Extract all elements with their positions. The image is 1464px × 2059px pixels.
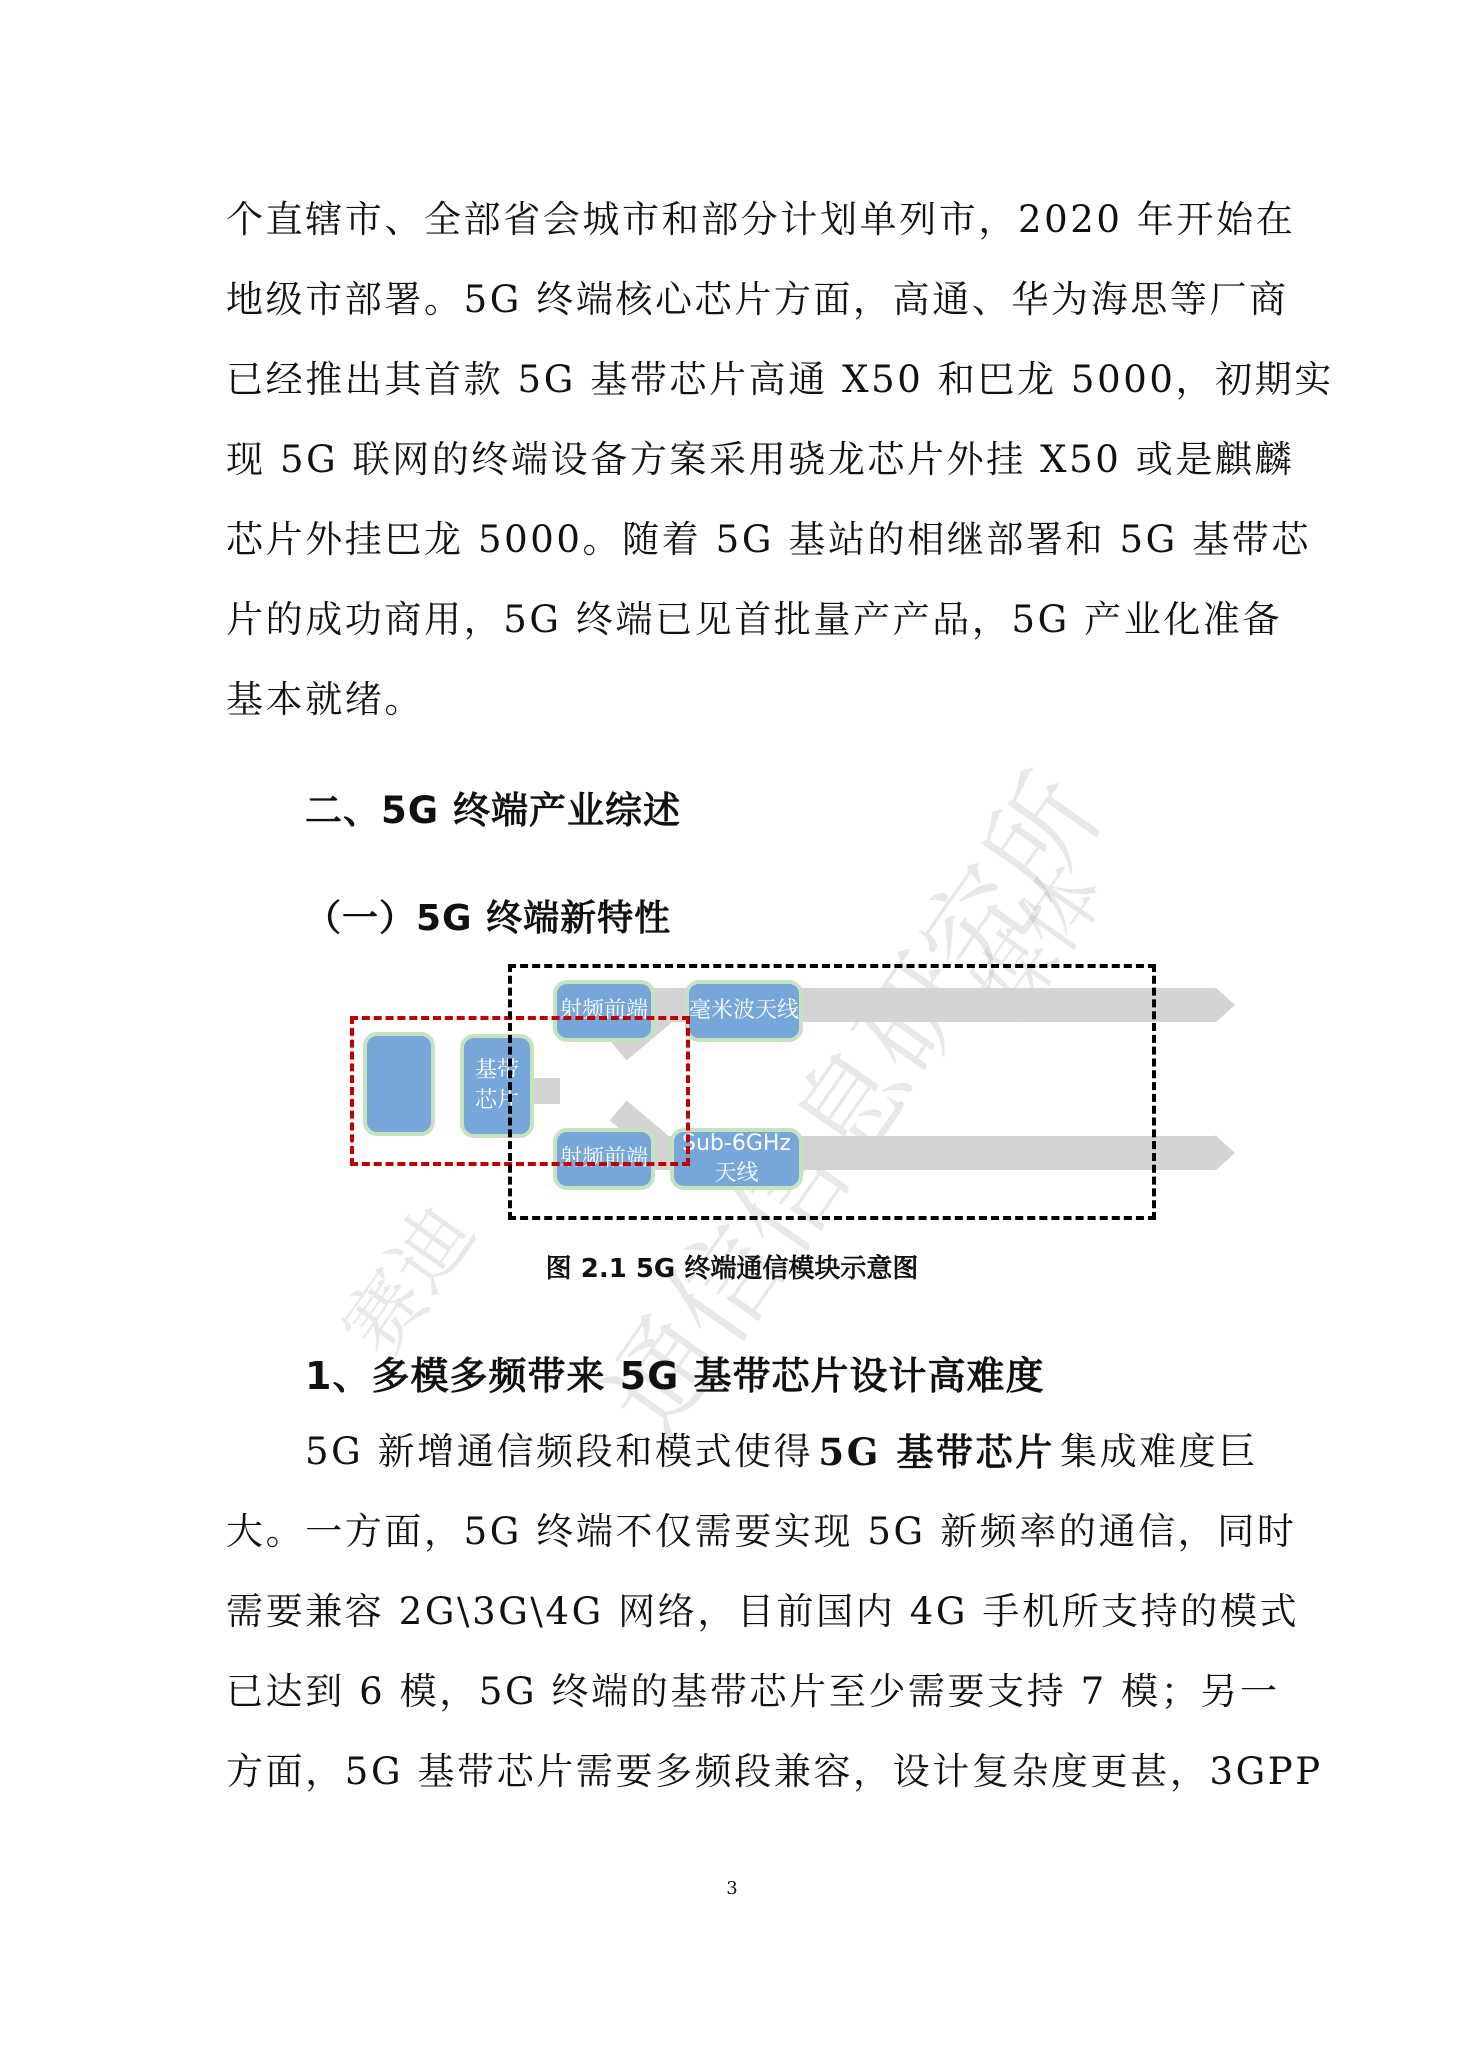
text-line: 已经推出其首款 5G 基带芯片高通 X50 和巴龙 5000，初期实 [226,350,1258,410]
text-line: 片的成功商用，5G 终端已见首批量产产品，5G 产业化准备 [226,590,1258,650]
page-number: 3 [0,1878,1464,1899]
text-line: 基本就绪。 [226,670,1258,730]
text-run-bold: 5G 基带芯片 [818,1422,1054,1482]
text-line: 现 5G 联网的终端设备方案采用骁龙芯片外挂 X50 或是麒麟 [226,430,1258,490]
text-line: 已达到 6 模，5G 终端的基带芯片至少需要支持 7 模；另一 [226,1662,1258,1722]
arrow-right-icon [1215,1135,1235,1171]
text-run: 5G 新增通信频段和模式使得 [305,1422,813,1482]
subsection-heading: 1、多模多频带来 5G 基带芯片设计高难度 [305,1345,1045,1400]
text-line: 方面，5G 基带芯片需要多频段兼容，设计复杂度更甚，3GPP [226,1742,1258,1802]
text-line: 5G 新增通信频段和模式使得 5G 基带芯片 集成难度巨 [305,1422,1258,1482]
text-run: 集成难度巨 [1060,1422,1258,1482]
text-line: 地级市部署。5G 终端核心芯片方面，高通、华为海思等厂商 [226,270,1258,330]
arrow-right-icon [1215,987,1235,1023]
communication-module-diagram: SoC 基带 芯片 射频前端 毫米波天线 射频前端 Sub-6GHz天线 [340,960,1220,1220]
text-line: 大。一方面，5G 终端不仅需要实现 5G 新频率的通信，同时 [226,1502,1258,1562]
text-line: 个直辖市、全部省会城市和部分计划单列市，2020 年开始在 [226,190,1258,250]
figure-caption: 图 2.1 5G 终端通信模块示意图 [0,1248,1464,1285]
subsection-heading: （一）5G 终端新特性 [305,890,671,941]
black-dashed-outline [508,964,1156,1220]
text-line: 需要兼容 2G\3G\4G 网络，目前国内 4G 手机所支持的模式 [226,1582,1258,1642]
text-line: 芯片外挂巴龙 5000。随着 5G 基站的相继部署和 5G 基带芯 [226,510,1258,570]
document-page: 通信信息研究所 赛迪 媒体 个直辖市、全部省会城市和部分计划单列市，2020 年… [0,0,1464,2059]
section-heading: 二、5G 终端产业综述 [305,780,681,834]
